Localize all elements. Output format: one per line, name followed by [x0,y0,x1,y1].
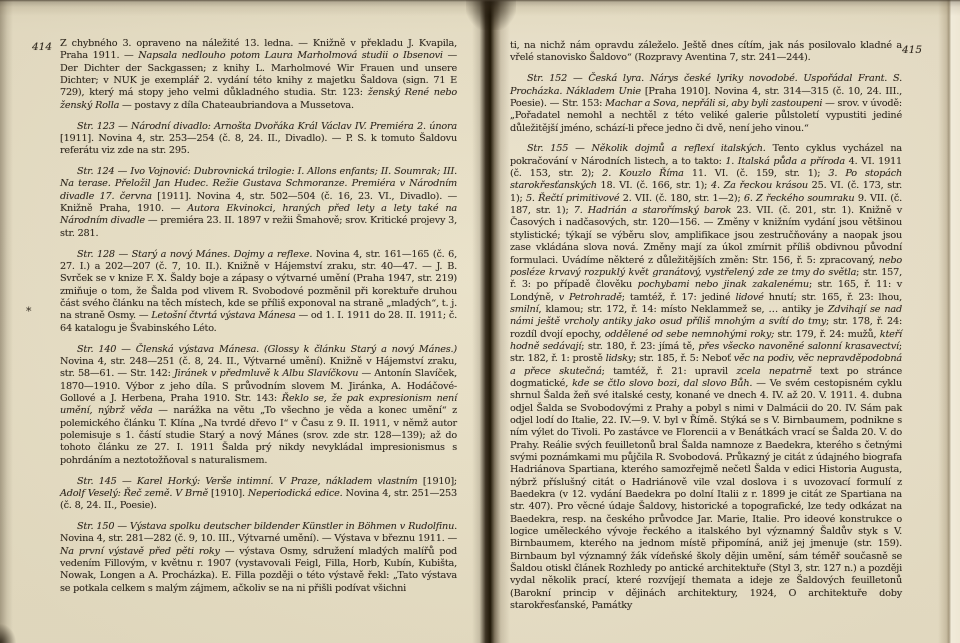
book-spread: 414 * Z chybného 3. opraveno na náležité… [0,0,960,643]
scan-left-edge [0,0,13,643]
paragraph: Str. 145 — Karel Horký: Verše intimní. V… [60,476,457,513]
book-gutter-shadow [472,0,510,643]
paragraph: Str. 140 — Členská výstava Mánesa. (Glos… [60,344,457,467]
paragraph: ti, na nichž nám opravdu záleželo. Ještě… [510,40,902,65]
paragraph: Str. 124 — Ivo Vojnović: Dubrovnická tri… [60,166,457,240]
paragraph: Str. 128 — Starý a nový Mánes. Dojmy a r… [60,249,457,335]
text-column-right: ti, na nichž nám opravdu záleželo. Ještě… [510,40,902,612]
text-column-left: Z chybného 3. opraveno na náležité 13. l… [60,38,457,595]
paragraph: Str. 155 — Několik dojmů a reflexí itals… [510,143,902,612]
paragraph: Str. 152 — Česká lyra. Nárys české lyrik… [510,73,902,135]
paragraph: Z chybného 3. opraveno na náležité 13. l… [60,38,457,112]
page-number-left: 414 [32,41,52,53]
left-page: 414 * Z chybného 3. opraveno na náležité… [0,0,486,643]
page-stack-edge [938,0,960,643]
scan-corner-shadow [0,624,16,643]
page-number-right: 415 [902,44,922,56]
paragraph: Str. 150 — Výstava spolku deutscher bild… [60,521,457,595]
paragraph: Str. 123 — Národní divadlo: Arnošta Dvoř… [60,121,457,158]
margin-asterisk: * [26,305,32,318]
right-page: 415 ti, na nichž nám opravdu záleželo. J… [496,0,948,643]
scan-top-edge [0,0,960,16]
